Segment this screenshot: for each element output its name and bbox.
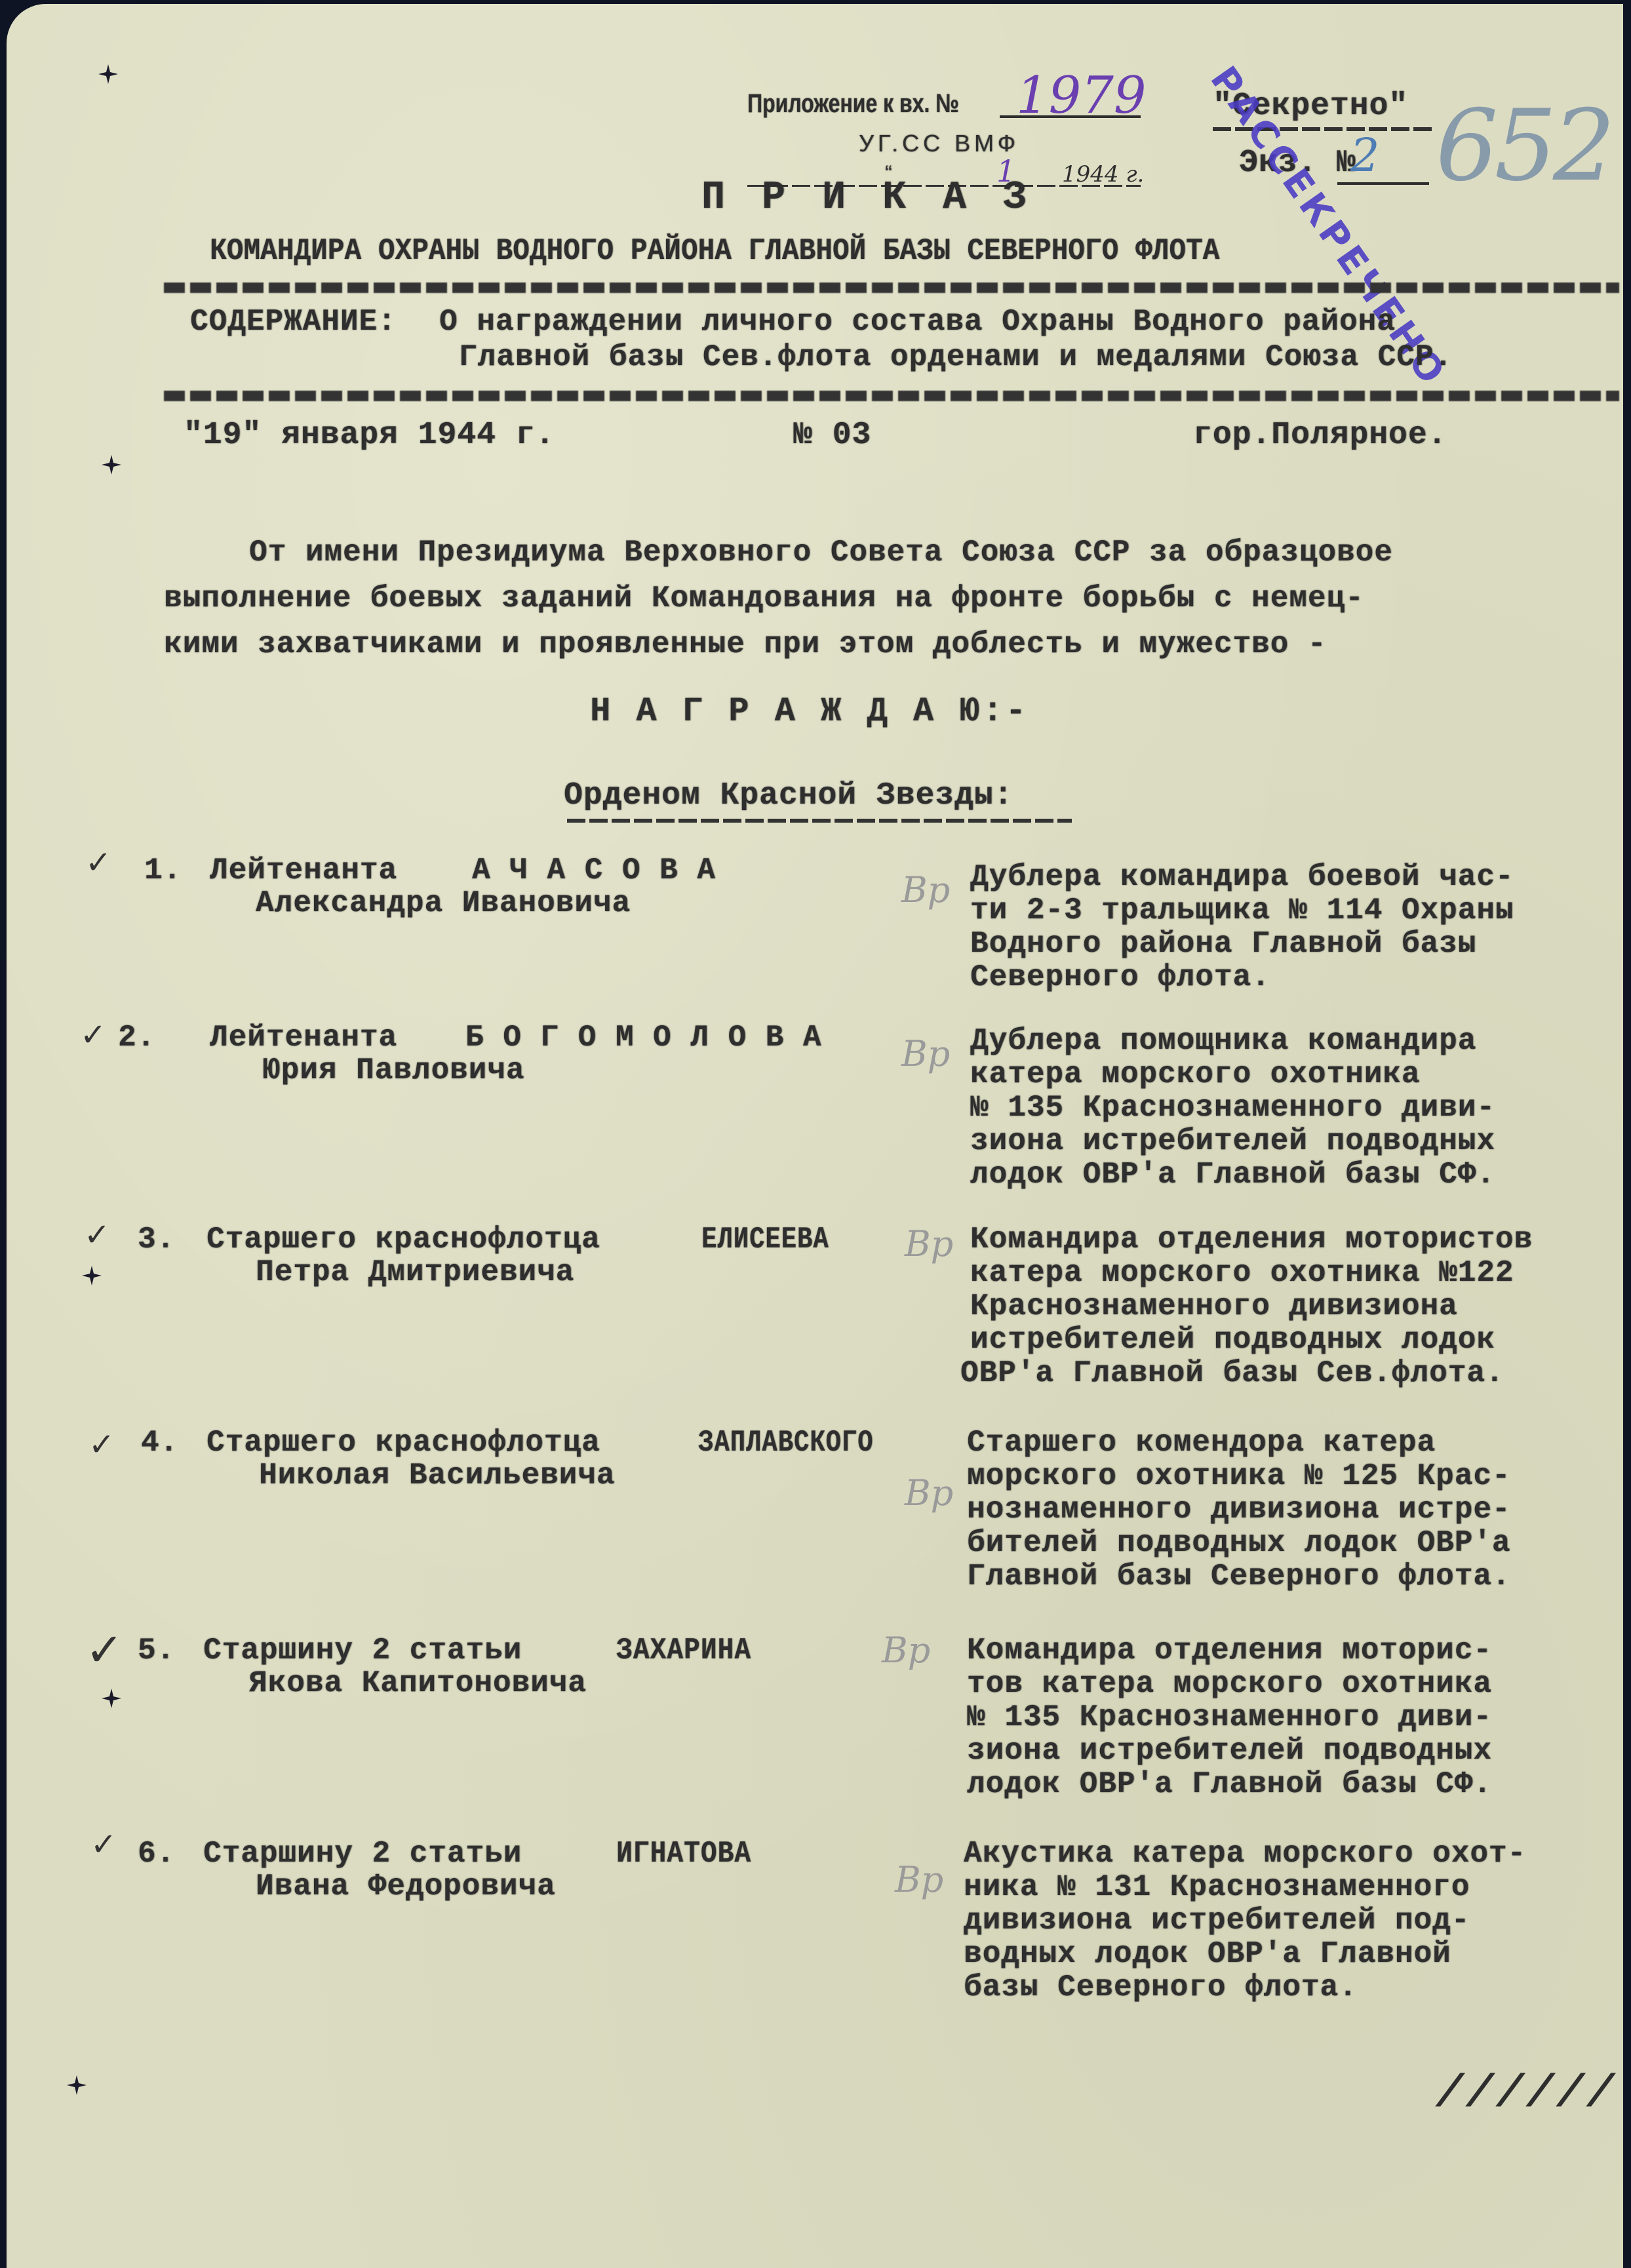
appendix-date-year: 1944 г. [1062,161,1144,187]
awardee-rank: Лейтенанта [210,853,397,888]
initials-mark: Вр [901,1033,950,1074]
award-heading-underline [567,819,1072,823]
initials-mark: Вр [882,1630,930,1671]
initials-mark: Вр [905,1472,953,1514]
check-icon: ✓ [85,844,111,881]
awardee-surname: ЗАХАРИНА [616,1633,751,1668]
awardee-position-line: № 135 Краснознаменного диви- [967,1700,1492,1735]
awardee-given-name: Юрия Павловича [262,1053,524,1088]
awardee-position-line: водных лодок ОВР'а Главной [964,1936,1451,1972]
preamble-line-2: выполнение боевых заданий Командования н… [164,581,1364,616]
appendix-label: Приложение к вх. № [747,89,959,119]
check-icon: ✓ [85,1623,124,1677]
awardee-position-line: ти 2-3 тральщика № 114 Охраны [970,893,1514,928]
awardee-position-line: Краснознаменного дивизиона [970,1289,1458,1324]
content-line-1: О награждении личного состава Охраны Вод… [439,304,1396,340]
awardee-given-name: Ивана Федоровича [256,1869,556,1904]
awardee-surname: ЕЛИСЕЕВА [701,1222,829,1257]
preamble-line-1: От имени Президиума Верховного Совета Со… [249,535,1393,570]
order-date: "19" января 1944 г. [184,417,555,454]
awardee-position-line: Старшего комендора катера [967,1425,1436,1460]
awardee-position-line: истребителей подводных лодок [970,1322,1495,1358]
awardee-rank: Старшего краснофлотца [206,1222,600,1257]
awardee-position-line: Командира отделения моторис- [967,1633,1492,1668]
awardee-given-name: Николая Васильевича [259,1458,616,1493]
awardee-position-line: ника № 131 Краснознаменного [964,1869,1470,1905]
awardee-surname: Б О Г О М О Л О В А [465,1020,822,1055]
awardee-rank: Старшего краснофлотца [206,1425,600,1460]
awardee-number: 3. [138,1222,175,1257]
document-title: П Р И К А З [701,176,1033,220]
awardee-position-line: ОВР'а Главной базы Сев.флота. [960,1356,1504,1391]
order-place: гор.Полярное. [1193,417,1447,454]
binding-hole-icon [102,1689,121,1708]
awardee-given-name: Петра Дмитриевича [256,1255,574,1290]
check-icon: ✓ [90,1826,117,1863]
binding-hole-icon [82,1266,102,1285]
awardee-position-line: Командира отделения мотористов [970,1222,1533,1257]
awardee-surname: А Ч А С О В А [472,853,716,888]
awardee-position-line: лодок ОВР'а Главной базы СФ. [967,1767,1492,1802]
separator-bottom [164,391,1619,401]
preamble-line-3: кими захватчиками и проявленные при этом… [164,627,1326,662]
awardee-rank: Старшину 2 статьи [203,1633,522,1668]
binding-hole-icon [67,2075,87,2095]
awardee-number: 2. [118,1020,155,1055]
awardee-position-line: Акустика катера морского охот- [964,1836,1526,1871]
document-page: Приложение к вх. № 1979 УГ.СС ВМФ “ 1 19… [7,4,1623,2268]
initials-mark: Вр [901,869,950,910]
separator-top [164,283,1619,293]
awardee-surname: ИГНАТОВА [616,1836,751,1871]
awardee-position-line: тов катера морского охотника [967,1666,1492,1702]
award-verb: Н А Г Р А Ж Д А Ю:- [590,692,1029,731]
awardee-position-line: базы Северного флота. [964,1970,1358,2005]
order-number: № 03 [793,417,871,454]
awardee-rank: Лейтенанта [210,1020,397,1055]
content-label: СОДЕРЖАНИЕ: [190,304,397,340]
awardee-position-line: Северного флота. [970,960,1270,995]
awardee-position-line: зиона истребителей подводных [967,1733,1492,1769]
binding-hole-icon [102,455,121,475]
awardee-position-line: Дублера командира боевой час- [970,859,1514,895]
awardee-surname: ЗАПЛАВСКОГО [698,1425,873,1460]
award-heading: Орденом Красной Звезды: [564,777,1013,814]
awardee-number: 5. [138,1633,175,1668]
initials-mark: Вр [905,1223,953,1264]
office-label: УГ.СС ВМФ [859,130,1019,157]
awardee-position-line: бителей подводных лодок ОВР'а [967,1525,1511,1561]
awardee-position-line: катера морского охотника [970,1057,1421,1092]
awardee-position-line: № 135 Краснознаменного диви- [970,1090,1495,1125]
awardee-position-line: морского охотника № 125 Крас- [967,1458,1511,1494]
awardee-position-line: лодок ОВР'а Главной базы СФ. [970,1157,1495,1192]
awardee-given-name: Якова Капитоновича [249,1666,587,1701]
archive-number: 652 [1436,89,1611,203]
check-icon: ✓ [80,1017,106,1053]
check-icon: ✓ [84,1217,110,1253]
awardee-position-line: дивизиона истребителей под- [964,1903,1470,1938]
awardee-number: 4. [141,1425,178,1460]
awardee-position-line: нознаменного дивизиона истре- [967,1492,1511,1527]
awardee-given-name: Александра Ивановича [256,886,631,921]
awardee-number: 6. [138,1836,175,1871]
copy-underline [1337,182,1429,185]
binding-hole-icon [98,64,118,84]
awardee-position-line: Дублера помощника командира [970,1023,1476,1059]
awardee-position-line: зиона истребителей подводных [970,1124,1495,1159]
awardee-position-line: Водного района Главной базы [970,926,1476,962]
copy-number: 2 [1350,128,1380,182]
awardee-number: 1. [144,853,182,888]
awardee-rank: Старшину 2 статьи [203,1836,522,1871]
check-icon: ✓ [88,1426,115,1463]
content-line-2: Главной базы Сев.флота орденами и медаля… [459,340,1453,375]
end-of-page-mark: ////// [1436,2069,1617,2121]
awardee-position-line: катера морского охотника №122 [970,1255,1514,1291]
initials-mark: Вр [895,1859,943,1900]
awardee-position-line: Главной базы Северного флота. [967,1559,1511,1594]
document-subtitle: КОМАНДИРА ОХРАНЫ ВОДНОГО РАЙОНА ГЛАВНОЙ … [210,233,1219,269]
appendix-underline [1000,115,1141,118]
